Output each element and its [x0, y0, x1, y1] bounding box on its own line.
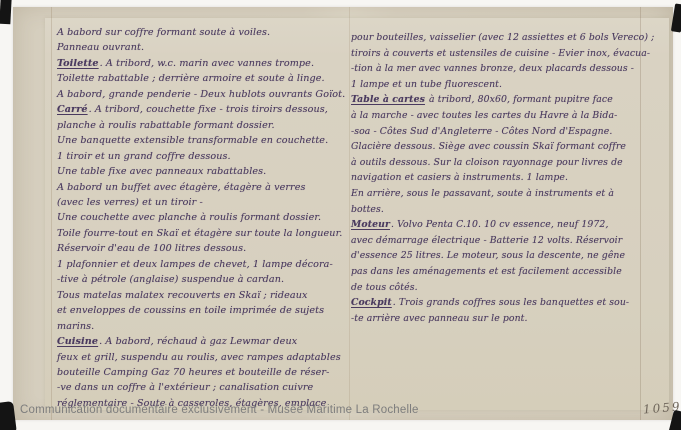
- section-heading: Cuisine: [57, 336, 98, 347]
- manuscript-line: Carré. A tribord, couchette fixe - trois…: [57, 102, 353, 117]
- manuscript-line: -soa - Côtes Sud d'Angleterre - Côtes No…: [351, 124, 677, 140]
- section-heading: Toilette: [57, 58, 99, 69]
- manuscript-line: Une banquette extensible transformable e…: [57, 133, 353, 148]
- manuscript-line: Panneau ouvrant.: [57, 40, 353, 55]
- manuscript-line: navigation et casiers à instruments. 1 l…: [351, 170, 677, 186]
- manuscript-line: feux et grill, suspendu au roulis, avec …: [57, 350, 353, 365]
- manuscript-line: A babord un buffet avec étagère, étagère…: [57, 180, 353, 195]
- manuscript-line: Réservoir d'eau de 100 litres dessous.: [57, 241, 353, 256]
- manuscript-line: -te arrière avec panneau sur le pont.: [351, 311, 677, 327]
- manuscript-line: à outils dessous. Sur la cloison rayonna…: [351, 155, 677, 171]
- manuscript-line: pas dans les aménagements et est facilem…: [351, 264, 677, 280]
- manuscript-line: Une table fixe avec panneaux rabattables…: [57, 164, 353, 179]
- manuscript-line: Tous matelas malatex recouverts en Skaï …: [57, 288, 353, 303]
- scanned-document-photo: A babord sur coffre formant soute à voil…: [0, 0, 681, 430]
- manuscript-line: Cockpit. Trois grands coffres sous les b…: [351, 295, 677, 311]
- section-heading: Cockpit: [351, 297, 392, 308]
- manuscript-line: 1 plafonnier et deux lampes de chevet, 1…: [57, 257, 353, 272]
- manuscript-line: avec démarrage électrique - Batterie 12 …: [351, 233, 677, 249]
- section-heading: Moteur: [351, 219, 390, 230]
- manuscript-line: A babord sur coffre formant soute à voil…: [57, 25, 353, 40]
- manuscript-line: marins.: [57, 319, 353, 334]
- manuscript-line: de tous côtés.: [351, 280, 677, 296]
- manuscript-line: -ve dans un coffre à l'extérieur ; canal…: [57, 380, 353, 395]
- manuscript-line: Toilette. A tribord, w.c. marin avec van…: [57, 56, 353, 71]
- manuscript-line: A babord, grande penderie - Deux hublots…: [57, 87, 353, 102]
- manuscript-line: à la marche - avec toutes les cartes du …: [351, 108, 677, 124]
- right-column: pour bouteilles, vaisselier (avec 12 ass…: [351, 30, 677, 326]
- manuscript-line: -tive à pétrole (anglaise) suspendue à c…: [57, 272, 353, 287]
- section-heading: Carré: [57, 104, 88, 115]
- section-heading: Table à cartes: [351, 94, 425, 105]
- manuscript-line: 1 tiroir et un grand coffre dessous.: [57, 149, 353, 164]
- manuscript-line: Une couchette avec planche à roulis form…: [57, 210, 353, 225]
- manuscript-line: Moteur. Volvo Penta C.10. 10 cv essence,…: [351, 217, 677, 233]
- manuscript-line: En arrière, sous le passavant, soute à i…: [351, 186, 677, 202]
- manuscript-line: (avec les verres) et un tiroir -: [57, 195, 353, 210]
- manuscript-line: 1 lampe et un tube fluorescent.: [351, 77, 677, 93]
- scan-corner-mark-top-left-icon: [0, 0, 12, 24]
- manuscript-line: Toile fourre-tout en Skaï et étagère sur…: [57, 226, 353, 241]
- manuscript-line: et enveloppes de coussins en toile impri…: [57, 303, 353, 318]
- manuscript-line: Toilette rabattable ; derrière armoire e…: [57, 71, 353, 86]
- manuscript-line: Cuisine. A babord, réchaud à gaz Lewmar …: [57, 334, 353, 349]
- manuscript-line: Glacière dessous. Siège avec coussin Ska…: [351, 139, 677, 155]
- manuscript-line: bouteille Camping Gaz 70 heures et boute…: [57, 365, 353, 380]
- manuscript-line: planche à roulis rabattable formant doss…: [57, 118, 353, 133]
- manuscript-line: Table à cartes à tribord, 80x60, formant…: [351, 92, 677, 108]
- paper-crease-left: [51, 7, 52, 420]
- manuscript-line: -tion à la mer avec vannes bronze, deux …: [351, 61, 677, 77]
- manuscript-page: A babord sur coffre formant soute à voil…: [13, 7, 673, 420]
- archive-watermark: Communication documentaire exclusivement…: [20, 404, 419, 416]
- manuscript-line: pour bouteilles, vaisselier (avec 12 ass…: [351, 30, 677, 46]
- manuscript-line: tiroirs à couverts et ustensiles de cuis…: [351, 46, 677, 62]
- left-column: A babord sur coffre formant soute à voil…: [57, 25, 353, 411]
- manuscript-line: d'essence 25 litres. Le moteur, sous la …: [351, 248, 677, 264]
- manuscript-line: bottes.: [351, 202, 677, 218]
